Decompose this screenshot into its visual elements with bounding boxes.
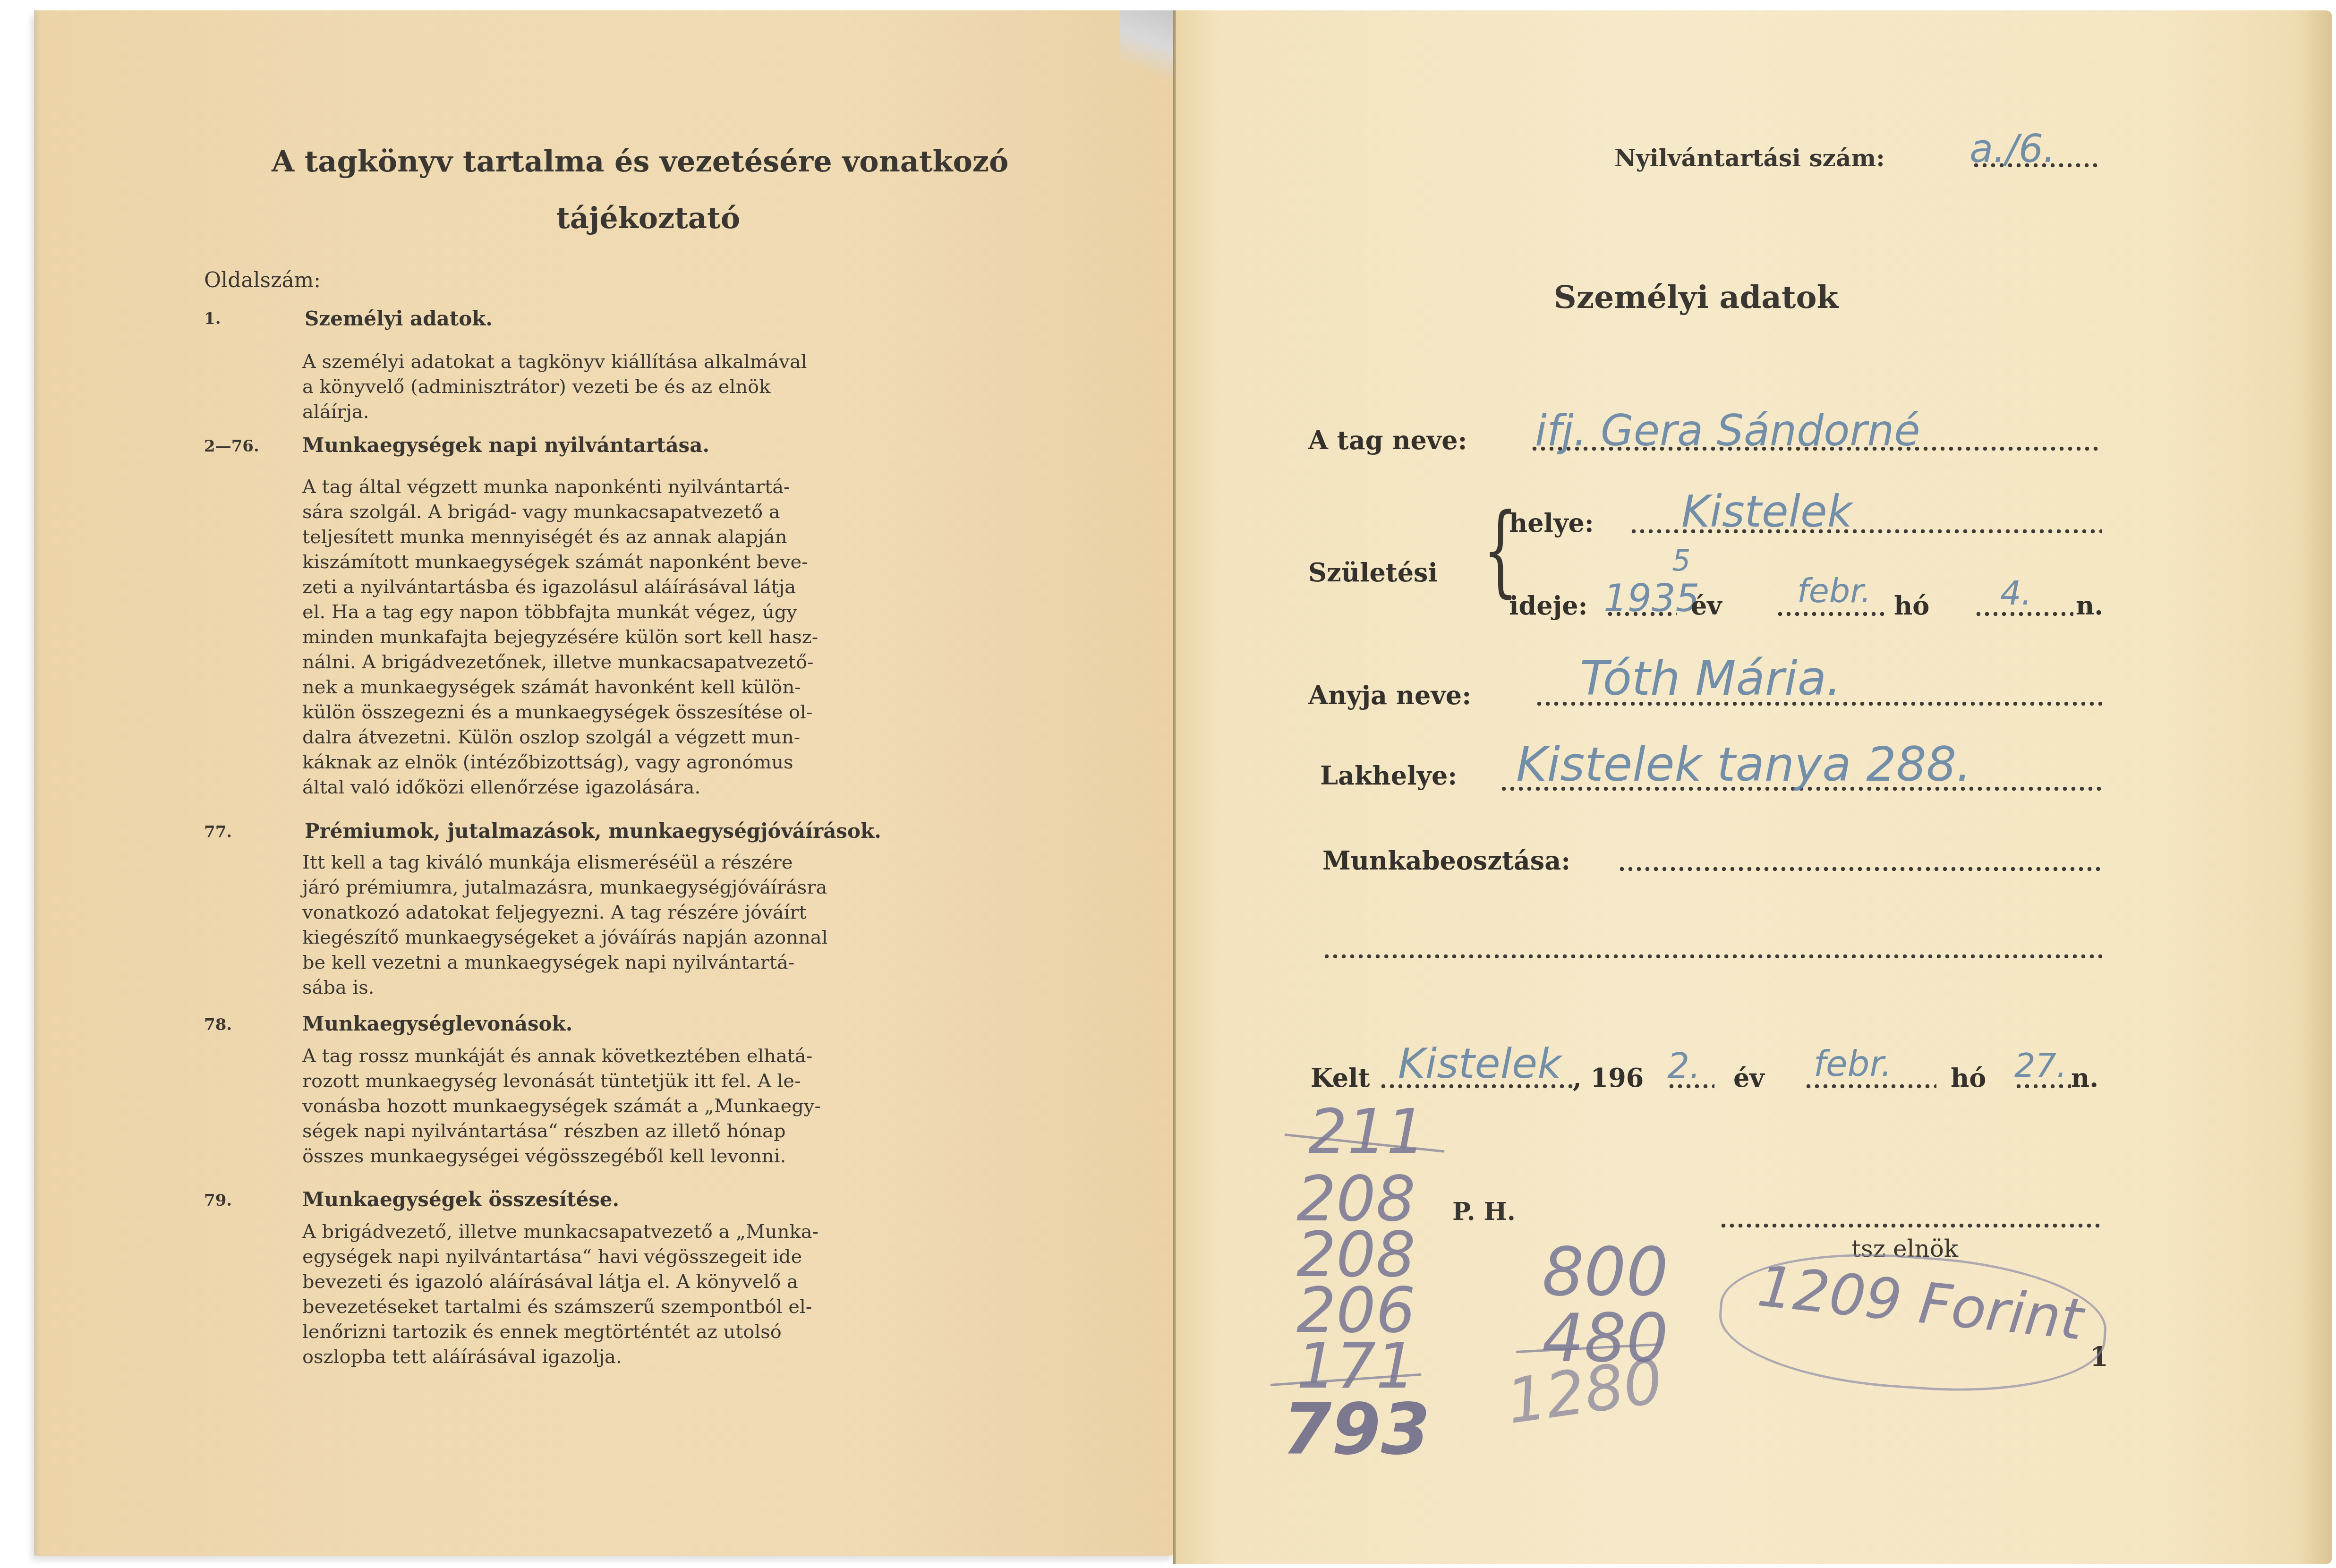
day-suffix: n.: [2076, 590, 2103, 621]
issued-year-prefix: , 196: [1573, 1063, 1644, 1093]
stamp-placeholder-label: P. H.: [1452, 1197, 1516, 1226]
section-heading: Személyi adatok.: [305, 307, 493, 330]
issued-place-value: Kistelek: [1398, 1039, 1561, 1088]
issued-month-value: febr.: [1814, 1044, 1892, 1084]
instructions-title-line2: tájékoztató: [556, 201, 740, 235]
section-number: 2—76.: [204, 437, 259, 456]
job-field: [1618, 867, 2102, 871]
book-spine: [1173, 10, 1176, 1564]
registry-number-label: Nyilvántartási szám:: [1614, 144, 1885, 172]
birth-place-label: helye:: [1509, 508, 1594, 538]
section-body: A személyi adatokat a tagkönyv kiállítás…: [302, 349, 1110, 425]
year-suffix: év: [1691, 590, 1722, 621]
birth-month-value: febr.: [1797, 571, 1871, 610]
mother-name-label: Anyja neve:: [1308, 680, 1471, 710]
section-number: 1.: [204, 309, 221, 328]
page-number-label: Oldalszám:: [204, 268, 321, 292]
birth-day-value: 4.: [2000, 574, 2032, 613]
job-label: Munkabeosztása:: [1322, 845, 1570, 876]
section-heading: Munkaegységek összesítése.: [302, 1188, 619, 1211]
issued-month-field: [1804, 1084, 1936, 1089]
instructions-title-line1: A tagkönyv tartalma és vezetésére vonatk…: [272, 144, 1008, 179]
folded-corner: [1120, 10, 1177, 152]
issued-month-suffix: hó: [1951, 1063, 1986, 1093]
job-field-line2: [1322, 954, 2102, 959]
section-heading: Munkaegységek napi nyilvántartása.: [302, 434, 709, 457]
section-body: A tag által végzett munka naponkénti nyi…: [302, 475, 1110, 800]
section-body: A brigádvezető, illetve munkacsapatvezet…: [302, 1219, 1110, 1370]
member-name-value: ifj. Gera Sándorné: [1535, 406, 1920, 456]
birth-year-overwrite: 5: [1672, 543, 1690, 578]
personal-data-heading: Személyi adatok: [1554, 279, 1838, 315]
section-body: A tag rossz munkáját és annak következté…: [302, 1044, 1110, 1169]
birth-group-label: Születési: [1308, 557, 1438, 588]
month-suffix: hó: [1894, 590, 1929, 621]
signature-field: [1719, 1223, 2102, 1228]
pencil-column-1-total: 793: [1282, 1389, 1430, 1471]
section-number: 77.: [204, 823, 232, 842]
section-number: 78.: [204, 1015, 232, 1034]
issued-label: Kelt: [1311, 1063, 1370, 1093]
residence-value: Kistelek tanya 288.: [1516, 737, 1971, 792]
issued-day-suffix: n.: [2071, 1063, 2098, 1093]
registry-number-value: a./6.: [1969, 127, 2055, 171]
section-number: 79.: [204, 1191, 232, 1210]
mother-name-value: Tóth Mária.: [1580, 651, 1842, 706]
pencil-column-1: 208 208 206 171: [1296, 1171, 1415, 1394]
birth-date-label: ideje:: [1509, 590, 1587, 621]
section-heading: Munkaegységlevonások.: [302, 1012, 572, 1035]
birth-month-field: [1776, 612, 1884, 616]
issued-year-value: 2.: [1667, 1046, 1701, 1087]
issued-day-value: 27.: [2014, 1046, 2067, 1085]
issued-year-suffix: év: [1733, 1063, 1765, 1093]
member-name-label: A tag neve:: [1308, 425, 1467, 455]
residence-label: Lakhelye:: [1320, 760, 1457, 791]
birth-place-value: Kistelek: [1681, 486, 1852, 537]
birth-year-value: 1935: [1603, 576, 1700, 620]
section-body: Itt kell a tag kiváló munkája elismerésé…: [302, 850, 1110, 1000]
struck-value: 211: [1308, 1096, 1425, 1167]
section-heading: Prémiumok, jutalmazások, munkaegységjóvá…: [305, 819, 881, 843]
